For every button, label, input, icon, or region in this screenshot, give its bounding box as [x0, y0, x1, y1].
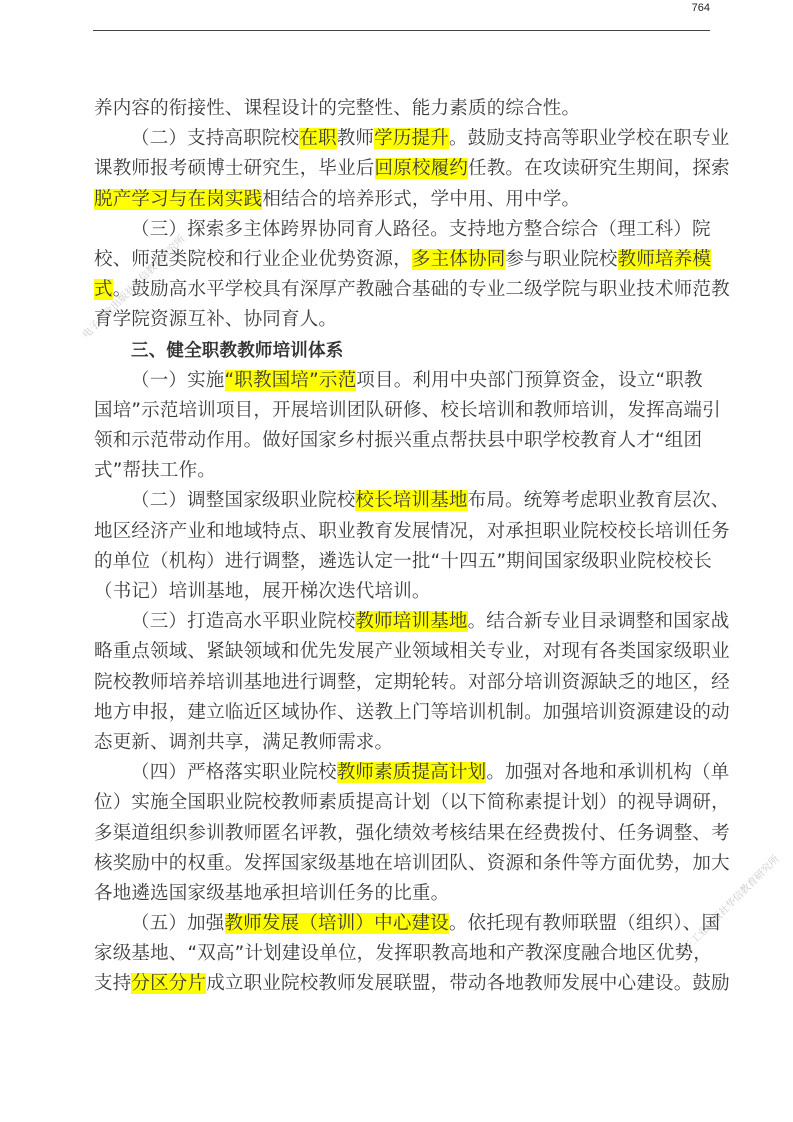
page-number: 764: [692, 2, 710, 14]
text-segment: （三）探索多主体跨界协同育人路径。支持地方整合综合（理工科）院: [131, 219, 711, 240]
text-segment: （书记）培训基地，展开梯次迭代培训。: [94, 581, 431, 602]
text-line: 领和示范带动作用。做好国家乡村振兴重点帮扶县中职学校教育人才“组团: [94, 426, 708, 456]
text-line: （四）严格落实职业院校教师素质提高计划。加强对各地和承训机构（单: [94, 758, 708, 788]
text-line: （五）加强教师发展（培训）中心建设。依托现有教师联盟（组织）、国: [94, 909, 708, 939]
text-line: 课教师报考硕博士研究生，毕业后回原校履约任教。在攻读研究生期间，探索: [94, 154, 708, 184]
text-segment: 养内容的衔接性、课程设计的完整性、能力素质的综合性。: [94, 98, 580, 119]
text-line: （三）探索多主体跨界协同育人路径。支持地方整合综合（理工科）院: [94, 215, 708, 245]
text-segment: 布局。统筹考虑职业教育层次、: [468, 490, 730, 511]
text-segment: （四）严格落实职业院校: [131, 762, 337, 783]
text-line: 支持分区分片成立职业院校教师发展联盟，带动各地教师发展中心建设。鼓励: [94, 969, 708, 999]
text-line: 育学院资源互补、协同育人。: [94, 305, 708, 335]
text-segment: 院校教师培养培训基地进行调整，定期轮转。对部分培训资源缺乏的地区，经: [94, 672, 730, 693]
text-segment: 校、师范类院校和行业企业优势资源，: [94, 249, 412, 270]
text-line: 多渠道组织参训教师匿名评教，强化绩效考核结果在经费拨付、任务调整、考: [94, 819, 708, 849]
text-segment: 地区经济产业和地域特点、职业教育发展情况，对承担职业院校校长培训任务: [94, 521, 730, 542]
text-segment: （一）实施: [131, 370, 225, 391]
text-line: 家级基地、“双高”计划建设单位，发挥职教高地和产教深度融合地区优势，: [94, 939, 708, 969]
text-segment: 多渠道组织参训教师匿名评教，强化绩效考核结果在经费拨付、任务调整、考: [94, 823, 730, 844]
text-segment: （五）加强: [131, 913, 225, 934]
text-line: 的单位（机构）进行调整，遴选认定一批“十四五”期间国家级职业院校校长: [94, 547, 708, 577]
text-segment: （二）调整国家级职业院校: [131, 490, 355, 511]
text-segment: 成立职业院校教师发展联盟，带动各地教师发展中心建设。鼓励: [206, 973, 730, 994]
text-segment: （三）打造高水平职业院校: [131, 611, 355, 632]
text-segment: 相结合的培养形式，学中用、用中学。: [262, 189, 580, 210]
text-line: 校、师范类院校和行业企业优势资源，多主体协同参与职业院校教师培养模: [94, 245, 708, 275]
text-segment: 三、健全职教教师培训体系: [131, 341, 343, 361]
text-segment: 项目。利用中央部门预算资金，设立“职教: [356, 370, 702, 391]
text-segment: 。鼓励支持高等职业学校在职专业: [449, 128, 730, 149]
highlighted-text: 在职: [299, 128, 336, 149]
highlighted-text: 教师培养模: [618, 249, 712, 270]
text-segment: 式”帮扶工作。: [94, 460, 216, 481]
highlighted-text: “职教国培”示范: [225, 370, 357, 391]
text-line: （二）支持高职院校在职教师学历提升。鼓励支持高等职业学校在职专业: [94, 124, 708, 154]
text-segment: 的单位（机构）进行调整，遴选认定一批“十四五”期间国家级职业院校校长: [94, 551, 712, 572]
text-segment: 。结合新专业目录调整和国家战: [468, 611, 730, 632]
header-rule: [93, 30, 710, 31]
text-segment: 家级基地、“双高”计划建设单位，发挥职教高地和产教深度融合地区优势，: [94, 943, 712, 964]
text-line: 略重点领域、紧缺领域和优先发展产业领域相关专业，对现有各类国家级职业: [94, 637, 708, 667]
text-line: 位）实施全国职业院校教师素质提高计划（以下简称素提计划）的视导调研，: [94, 788, 708, 818]
text-segment: 任教。在攻读研究生期间，探索: [468, 158, 730, 179]
text-segment: 领和示范带动作用。做好国家乡村振兴重点帮扶县中职学校教育人才“组团: [94, 430, 702, 451]
highlighted-text: 脱产学习与在岗实践: [94, 189, 262, 210]
text-segment: 态更新、调剂共享，满足教师需求。: [94, 732, 393, 753]
text-line: 脱产学习与在岗实践相结合的培养形式，学中用、用中学。: [94, 185, 708, 215]
text-segment: 各地遴选国家级基地承担培训任务的比重。: [94, 883, 449, 904]
text-segment: （二）支持高职院校: [131, 128, 299, 149]
highlighted-text: 回原校履约: [375, 158, 469, 179]
text-segment: 教师: [337, 128, 374, 149]
text-line: （一）实施“职教国培”示范项目。利用中央部门预算资金，设立“职教: [94, 366, 708, 396]
highlighted-text: 多主体协同: [412, 249, 506, 270]
text-segment: 位）实施全国职业院校教师素质提高计划（以下简称素提计划）的视导调研，: [94, 792, 730, 813]
text-line: 地区经济产业和地域特点、职业教育发展情况，对承担职业院校校长培训任务: [94, 517, 708, 547]
text-segment: 课教师报考硕博士研究生，毕业后: [94, 158, 375, 179]
text-line: （三）打造高水平职业院校教师培训基地。结合新专业目录调整和国家战: [94, 607, 708, 637]
highlighted-text: 分区分片: [131, 973, 206, 994]
text-line: 养内容的衔接性、课程设计的完整性、能力素质的综合性。: [94, 94, 708, 124]
text-segment: 。鼓励高水平学校具有深厚产教融合基础的专业二级学院与职业技术师范教: [113, 279, 730, 300]
section-heading: 三、健全职教教师培训体系: [94, 336, 708, 366]
highlighted-text: 式: [94, 279, 113, 300]
text-line: 国培”示范培训项目，开展培训团队研修、校长培训和教师培训，发挥高端引: [94, 396, 708, 426]
text-line: 式”帮扶工作。: [94, 456, 708, 486]
text-line: 地方申报，建立临近区域协作、送教上门等培训机制。加强培训资源建设的动: [94, 698, 708, 728]
text-segment: 。依托现有教师联盟（组织）、国: [449, 913, 720, 934]
highlighted-text: 校长培训基地: [355, 490, 467, 511]
text-segment: 略重点领域、紧缺领域和优先发展产业领域相关专业，对现有各类国家级职业: [94, 641, 730, 662]
highlighted-text: 教师培训基地: [355, 611, 467, 632]
text-line: 式。鼓励高水平学校具有深厚产教融合基础的专业二级学院与职业技术师范教: [94, 275, 708, 305]
highlighted-text: 教师发展（培训）中心建设: [225, 913, 449, 934]
text-segment: 。加强对各地和承训机构（单: [486, 762, 729, 783]
text-segment: 参与职业院校: [505, 249, 617, 270]
text-line: 各地遴选国家级基地承担培训任务的比重。: [94, 879, 708, 909]
text-segment: 国培”示范培训项目，开展培训团队研修、校长培训和教师培训，发挥高端引: [94, 400, 721, 421]
text-line: 态更新、调剂共享，满足教师需求。: [94, 728, 708, 758]
text-line: （二）调整国家级职业院校校长培训基地布局。统筹考虑职业教育层次、: [94, 486, 708, 516]
text-segment: 核奖励中的权重。发挥国家级基地在培训团队、资源和条件等方面优势，加大: [94, 853, 730, 874]
text-line: （书记）培训基地，展开梯次迭代培训。: [94, 577, 708, 607]
text-line: 核奖励中的权重。发挥国家级基地在培训团队、资源和条件等方面优势，加大: [94, 849, 708, 879]
document-body: 养内容的衔接性、课程设计的完整性、能力素质的综合性。（二）支持高职院校在职教师学…: [94, 94, 708, 1000]
text-segment: 支持: [94, 973, 131, 994]
highlighted-text: 教师素质提高计划: [337, 762, 487, 783]
text-line: 院校教师培养培训基地进行调整，定期轮转。对部分培训资源缺乏的地区，经: [94, 668, 708, 698]
text-segment: 育学院资源互补、协同育人。: [94, 309, 337, 330]
text-segment: 地方申报，建立临近区域协作、送教上门等培训机制。加强培训资源建设的动: [94, 702, 730, 723]
highlighted-text: 学历提升: [374, 128, 449, 149]
